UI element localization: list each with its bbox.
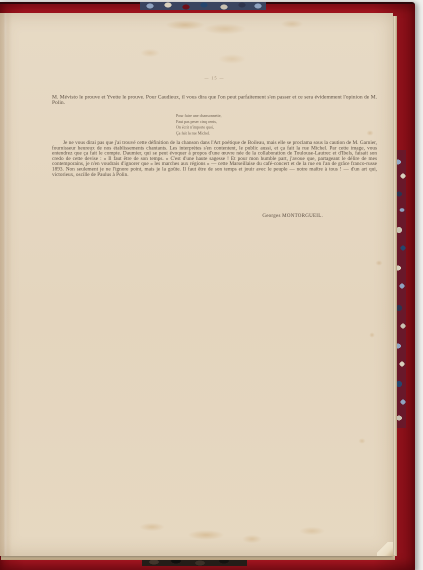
main-paragraph: Je ne vous dirai pas que j'ai trouvé cet…: [52, 141, 377, 178]
verse-line: Pour faire une chansonnette,: [176, 113, 222, 119]
author-signature: Georges MONTORGUEIL.: [52, 213, 323, 219]
opening-paragraph: M. Mévisto le prouve et Yvette le prouve…: [52, 95, 377, 106]
printed-text-block: — 15 — M. Mévisto le prouve et Yvette le…: [0, 13, 393, 556]
page-number: — 15 —: [52, 76, 377, 81]
photo-of-open-book: — 15 — M. Mévisto le prouve et Yvette le…: [0, 0, 423, 570]
verse-line: Ça fait la rue Michel.: [176, 130, 222, 136]
marbled-endpaper-top: [140, 2, 266, 10]
song-verse: Pour faire une chansonnette, Faut pas pe…: [176, 113, 222, 136]
book-page: — 15 — M. Mévisto le prouve et Yvette le…: [0, 13, 393, 556]
page-corner: [377, 542, 393, 556]
marbled-endpaper-right: [396, 150, 406, 428]
